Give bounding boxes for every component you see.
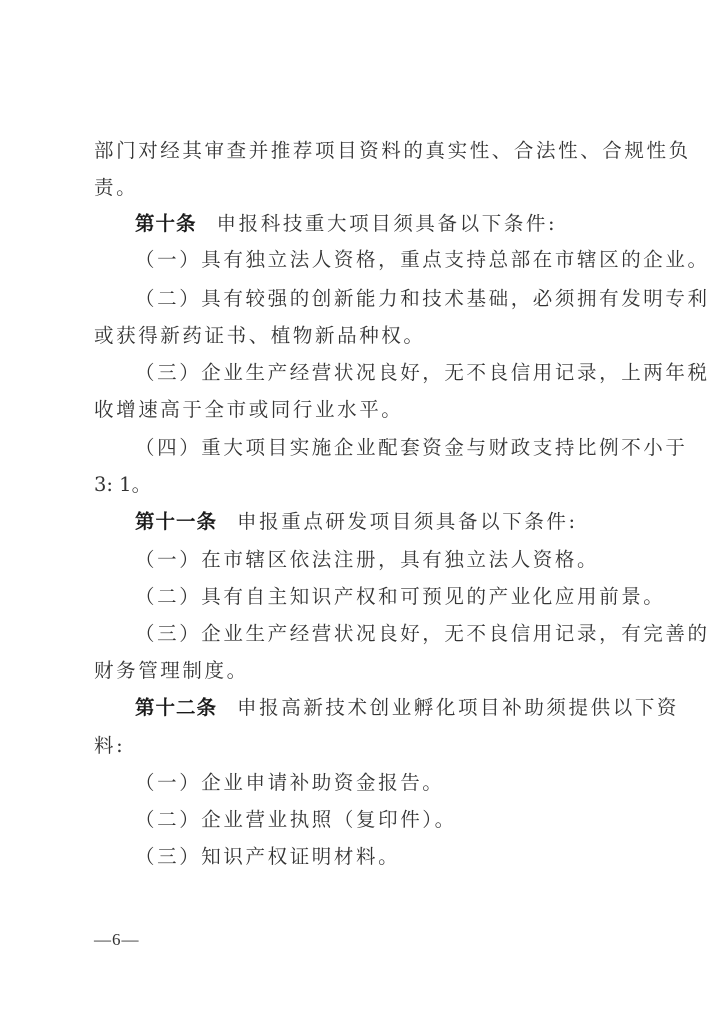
article-item: （一）企业申请补助资金报告。 <box>135 769 675 797</box>
article-heading: 第十二条 <box>135 696 217 719</box>
article-item: （三）企业生产经营状况良好，无不良信用记录，有完善的 <box>135 620 675 648</box>
article-item: （二）具有自主知识产权和可预见的产业化应用前景。 <box>135 583 675 611</box>
article-heading: 第十条 <box>135 212 197 235</box>
article-heading: 第十一条 <box>135 510 217 533</box>
document-page: 部门对经其审查并推荐项目资料的真实性、合法性、合规性负 责。 第十条申报科技重大… <box>0 0 720 1018</box>
article-item-continued: 收增速高于全市或同行业水平。 <box>94 396 634 424</box>
article-11: 第十一条申报重点研发项目须具备以下条件: <box>135 508 675 536</box>
article-item-continued: 3: 1。 <box>94 471 634 499</box>
article-item: （三）企业生产经营状况良好，无不良信用记录，上两年税 <box>135 359 675 387</box>
article-title: 申报高新技术创业孵化项目补助须提供以下资 <box>237 696 679 719</box>
article-item: （一）具有独立法人资格，重点支持总部在市辖区的企业。 <box>135 246 675 274</box>
article-item: （一）在市辖区依法注册，具有独立法人资格。 <box>135 546 675 574</box>
body-line: 责。 <box>94 174 634 202</box>
page-number: —6— <box>94 930 140 950</box>
article-10: 第十条申报科技重大项目须具备以下条件: <box>135 210 675 238</box>
article-item-continued: 或获得新药证书、植物新品种权。 <box>94 322 634 350</box>
article-item: （三）知识产权证明材料。 <box>135 843 675 871</box>
article-item-continued: 料: <box>94 732 634 760</box>
article-title: 申报重点研发项目须具备以下条件: <box>237 510 578 533</box>
body-line: 部门对经其审查并推荐项目资料的真实性、合法性、合规性负 <box>94 137 634 165</box>
article-12: 第十二条申报高新技术创业孵化项目补助须提供以下资 <box>135 694 675 722</box>
article-item: （二）企业营业执照（复印件）。 <box>135 806 675 834</box>
article-title: 申报科技重大项目须具备以下条件: <box>217 212 558 235</box>
article-item: （二）具有较强的创新能力和技术基础，必须拥有发明专利 <box>135 285 675 313</box>
article-item: （四）重大项目实施企业配套资金与财政支持比例不小于 <box>135 434 675 462</box>
article-item-continued: 财务管理制度。 <box>94 657 634 685</box>
